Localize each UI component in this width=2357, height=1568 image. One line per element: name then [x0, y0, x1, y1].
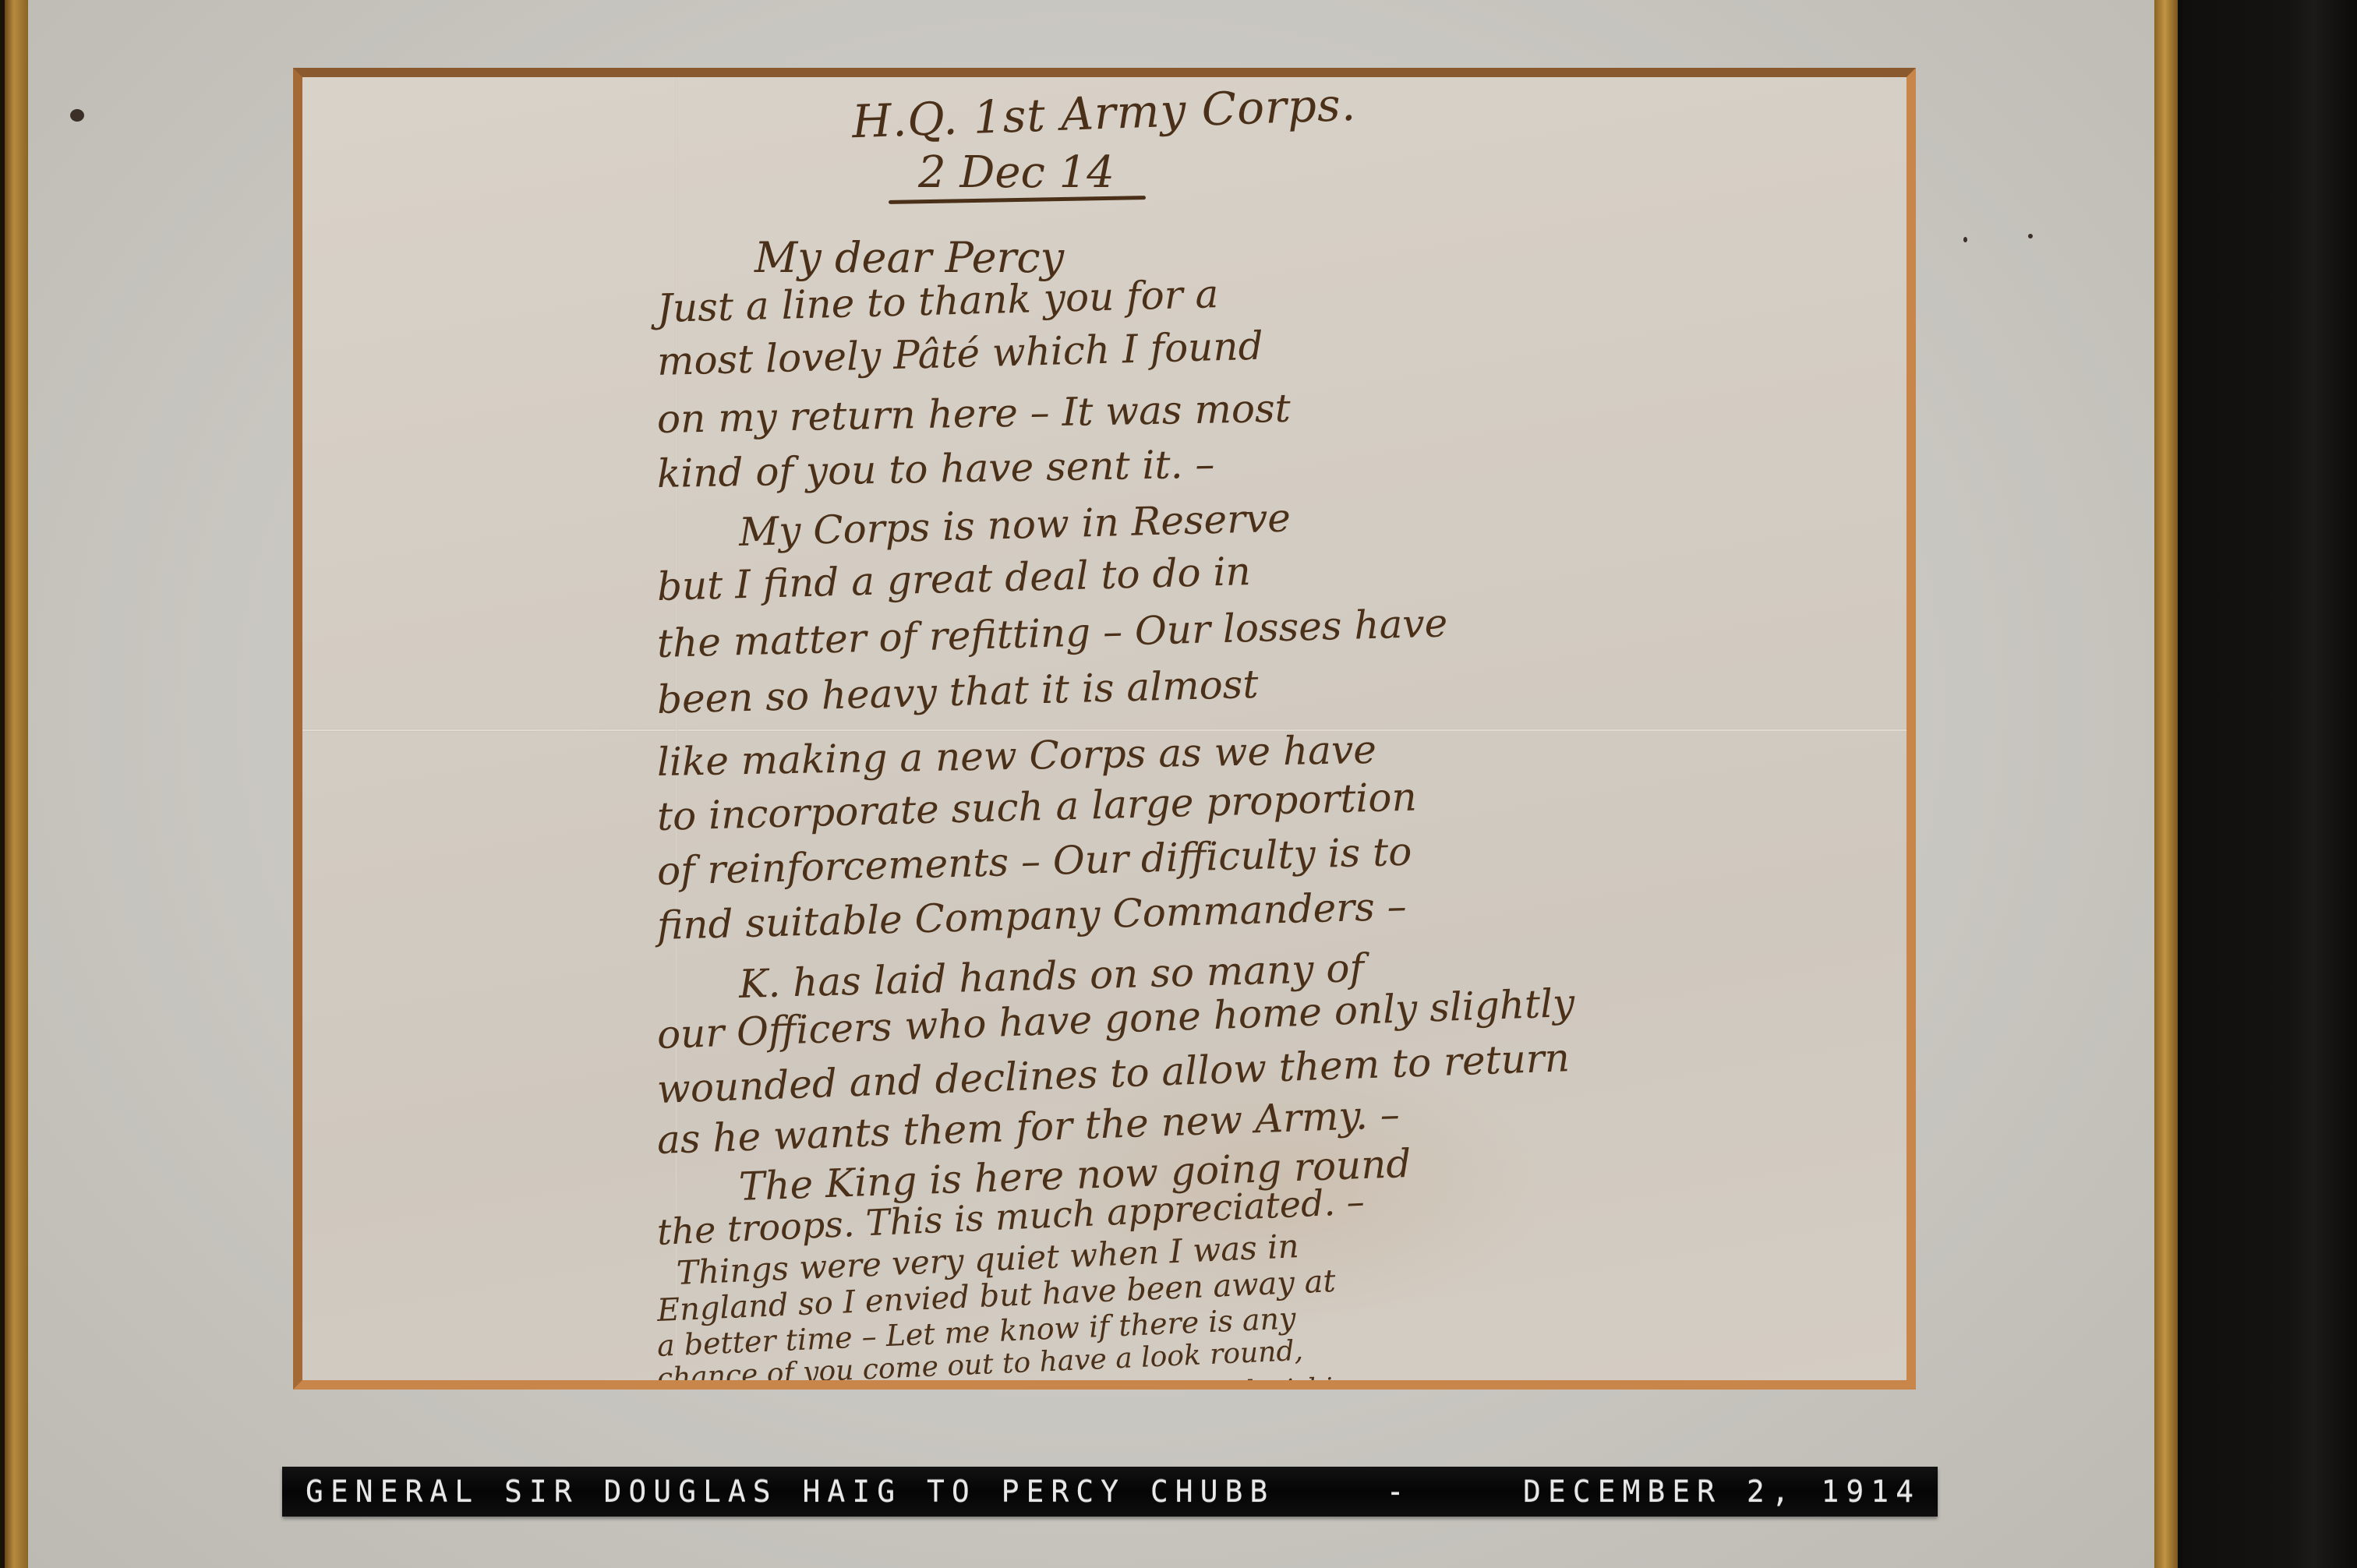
letter-line: Just a line to thank you for a	[656, 271, 1219, 331]
outer-frame-right	[2182, 0, 2357, 1568]
letter-line: most lovely Pâté which I found	[656, 323, 1263, 384]
letter-line: been so heavy that it is almost	[656, 662, 1259, 722]
letter-line: of reinforcements – Our difficulty is to	[656, 829, 1412, 894]
label-separator: -	[1387, 1474, 1412, 1509]
gold-fillet-left	[5, 0, 28, 1568]
letter-line: find suitable Company Commanders –	[656, 884, 1407, 948]
dust-speck	[70, 109, 84, 122]
letter-line: kind of you to have sent it. –	[656, 442, 1214, 496]
letter-line: on my return here – It was most	[656, 386, 1291, 442]
gold-fillet-right	[2154, 0, 2178, 1568]
letter-window: H.Q. 1st Army Corps. 2 Dec 14 My dear Pe…	[293, 68, 1916, 1390]
letter-line: like making a new Corps as we have	[656, 727, 1376, 785]
letter-salutation: My dear Percy	[754, 233, 1064, 282]
dust-speck	[2028, 234, 2033, 238]
label-title: GENERAL SIR DOUGLAS HAIG TO PERCY CHUBB	[306, 1474, 1274, 1509]
letter-line: but I find a great deal to do in	[656, 549, 1251, 609]
letter-line: My Corps is now in Reserve	[738, 495, 1291, 555]
engraved-label-plate: GENERAL SIR DOUGLAS HAIG TO PERCY CHUBB …	[282, 1467, 1938, 1517]
letter-heading: H.Q. 1st Army Corps.	[851, 78, 1357, 149]
label-date: DECEMBER 2, 1914	[1523, 1474, 1921, 1509]
letter-line: to incorporate such a large proportion	[656, 774, 1417, 839]
letter-date: 2 Dec 14	[918, 147, 1115, 198]
dust-speck	[1963, 237, 1967, 242]
letter-line: the matter of refitting – Our losses hav…	[656, 600, 1448, 666]
handwritten-letter: H.Q. 1st Army Corps. 2 Dec 14 My dear Pe…	[302, 77, 1906, 1380]
